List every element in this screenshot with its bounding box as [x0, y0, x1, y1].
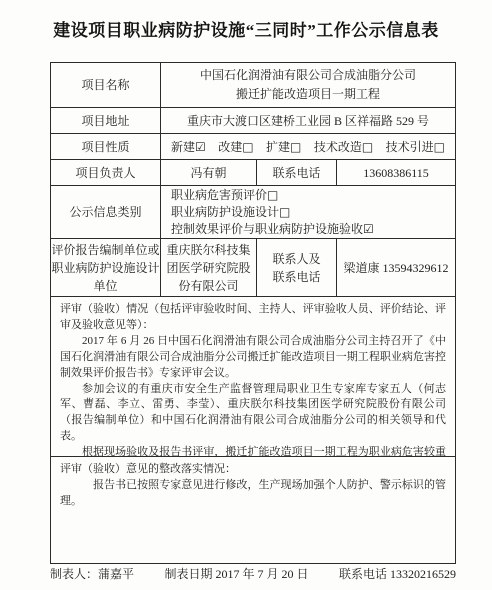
review-paragraph-1: 2017 年 6 月 26 日中国石化润滑油有限公司合成油脂分公司主持召开了《中…	[60, 334, 446, 382]
report-unit-label-line2: 职业病防护设施设计	[51, 259, 159, 277]
project-address-value: 重庆市大渡口区建桥工业园 B 区祥福路 529 号	[161, 108, 455, 133]
report-unit-company: 重庆朕尔科技集 团医学研究院股 份有限公司	[161, 239, 257, 296]
row-project-leader: 项目负责人 冯有朝 联系电话 13608386115	[51, 160, 455, 186]
project-name-label: 项目名称	[51, 63, 161, 107]
option-tech-import: 技术引进□	[386, 139, 445, 155]
review-header: 评审（验收）情况（包括评审验收时间、主持人、评审验收人员、评价结论、评审及验收意…	[60, 302, 446, 334]
scanned-form-page: 建设项目职业病防护设施“三同时”工作公示信息表 项目名称 中国石化润滑油有限公司…	[0, 0, 492, 590]
option-expand-label: 扩建	[266, 140, 290, 154]
option-facility-design-label: 职业病防护设施设计	[171, 205, 279, 219]
info-category-label: 公示信息类别	[51, 186, 161, 238]
option-tech-import-label: 技术引进	[386, 140, 434, 154]
project-name-value: 中国石化润滑油有限公司合成油脂分公司 搬迁扩能改造项目一期工程	[161, 63, 455, 107]
option-pre-evaluation: 职业病危害预评价□	[171, 187, 278, 203]
row-project-name: 项目名称 中国石化润滑油有限公司合成油脂分公司 搬迁扩能改造项目一期工程	[51, 63, 455, 108]
option-expand: 扩建□	[266, 139, 301, 155]
review-situation-text: 评审（验收）情况（包括评审验收时间、主持人、评审验收人员、评价结论、评审及验收意…	[51, 297, 455, 456]
report-unit-contact-label: 联系人及 联系电话	[257, 239, 337, 296]
project-nature-options: 新建☑ 改建□ 扩建□ 技术改造□ 技术引进□	[161, 134, 455, 159]
report-unit-label: 评价报告编制单位或 职业病防护设施设计 单位	[51, 239, 161, 296]
footer-date: 制表日期 2017 年 7 月 20 日	[164, 565, 308, 582]
project-address-label: 项目地址	[51, 108, 161, 133]
option-new-build-label: 新建	[171, 140, 195, 154]
option-rebuild-label: 改建	[218, 140, 242, 154]
option-tech-upgrade-label: 技术改造	[314, 140, 362, 154]
checkbox-control-effect-acceptance: ☑	[363, 222, 374, 236]
review-paragraph-2: 参加会议的有重庆市安全生产监督管理局职业卫生专家库专家五人（何志军、曹磊、李立、…	[60, 382, 446, 446]
footer-maker: 制表人：蒲嘉平	[50, 565, 134, 582]
checkbox-tech-upgrade: □	[362, 140, 373, 154]
checkbox-rebuild: □	[242, 140, 253, 154]
row-rectification: 评审（验收）意见的整改落实情况： 报告书已按照专家意见进行修改，生产现场加强个人…	[51, 457, 455, 563]
project-leader-label: 项目负责人	[51, 160, 161, 185]
option-control-effect-acceptance-label: 控制效果评价与职业病防护设施验收	[171, 222, 363, 236]
contact-label-line1: 联系人及	[272, 250, 320, 268]
option-control-effect-acceptance: 控制效果评价与职业病防护设施验收☑	[171, 221, 374, 237]
rectification-header: 评审（验收）意见的整改落实情况：	[60, 462, 446, 478]
project-nature-label: 项目性质	[51, 134, 161, 159]
checkbox-expand: □	[290, 140, 301, 154]
project-name-line1: 中国石化润滑油有限公司合成油脂分公司	[200, 66, 416, 85]
review-paragraph-3: 根据现场验收及报告书评审，搬迁扩能改造项目一期工程为职业病危害较重项目，报告书为…	[60, 445, 446, 456]
row-project-nature: 项目性质 新建☑ 改建□ 扩建□ 技术改造□ 技术引进□	[51, 134, 455, 160]
rectification-text: 评审（验收）意见的整改落实情况： 报告书已按照专家意见进行修改，生产现场加强个人…	[51, 457, 455, 563]
option-new-build: 新建☑	[171, 139, 206, 155]
report-unit-company-line1: 重庆朕尔科技集	[166, 241, 250, 259]
report-unit-company-line2: 团医学研究院股	[166, 259, 250, 277]
row-project-address: 项目地址 重庆市大渡口区建桥工业园 B 区祥福路 529 号	[51, 108, 455, 134]
footer: 制表人：蒲嘉平 制表日期 2017 年 7 月 20 日 联系电话 133202…	[50, 565, 456, 582]
option-facility-design: 职业病防护设施设计□	[171, 204, 290, 220]
report-unit-label-line3: 单位	[93, 277, 117, 295]
leader-phone-value: 13608386115	[337, 160, 455, 185]
project-leader-name: 冯有朝	[161, 160, 257, 185]
checkbox-new-build: ☑	[195, 140, 206, 154]
checkbox-pre-evaluation: □	[267, 188, 278, 202]
row-info-category: 公示信息类别 职业病危害预评价□ 职业病防护设施设计□ 控制效果评价与职业病防护…	[51, 186, 455, 239]
footer-phone: 联系电话 13320216529	[339, 565, 456, 582]
rectification-paragraph-1: 报告书已按照专家意见进行修改，生产现场加强个人防护、警示标识的管理。	[60, 478, 446, 510]
report-unit-company-line3: 份有限公司	[178, 277, 238, 295]
leader-phone-label: 联系电话	[257, 160, 337, 185]
report-unit-label-line1: 评价报告编制单位或	[51, 241, 159, 259]
checkbox-facility-design: □	[279, 205, 290, 219]
page-title: 建设项目职业病防护设施“三同时”工作公示信息表	[0, 16, 492, 41]
option-rebuild: 改建□	[218, 139, 253, 155]
option-tech-upgrade: 技术改造□	[314, 139, 373, 155]
report-unit-contact-value: 梁道康 13594329612	[337, 239, 455, 296]
option-pre-evaluation-label: 职业病危害预评价	[171, 188, 267, 202]
info-category-options: 职业病危害预评价□ 职业病防护设施设计□ 控制效果评价与职业病防护设施验收☑	[161, 186, 455, 238]
contact-label-line2: 联系电话	[272, 268, 320, 286]
checkbox-tech-import: □	[434, 140, 445, 154]
project-name-line2: 搬迁扩能改造项目一期工程	[236, 85, 380, 104]
row-review-situation: 评审（验收）情况（包括评审验收时间、主持人、评审验收人员、评价结论、评审及验收意…	[51, 297, 455, 457]
form-table: 项目名称 中国石化润滑油有限公司合成油脂分公司 搬迁扩能改造项目一期工程 项目地…	[50, 62, 456, 564]
row-report-unit: 评价报告编制单位或 职业病防护设施设计 单位 重庆朕尔科技集 团医学研究院股 份…	[51, 239, 455, 297]
